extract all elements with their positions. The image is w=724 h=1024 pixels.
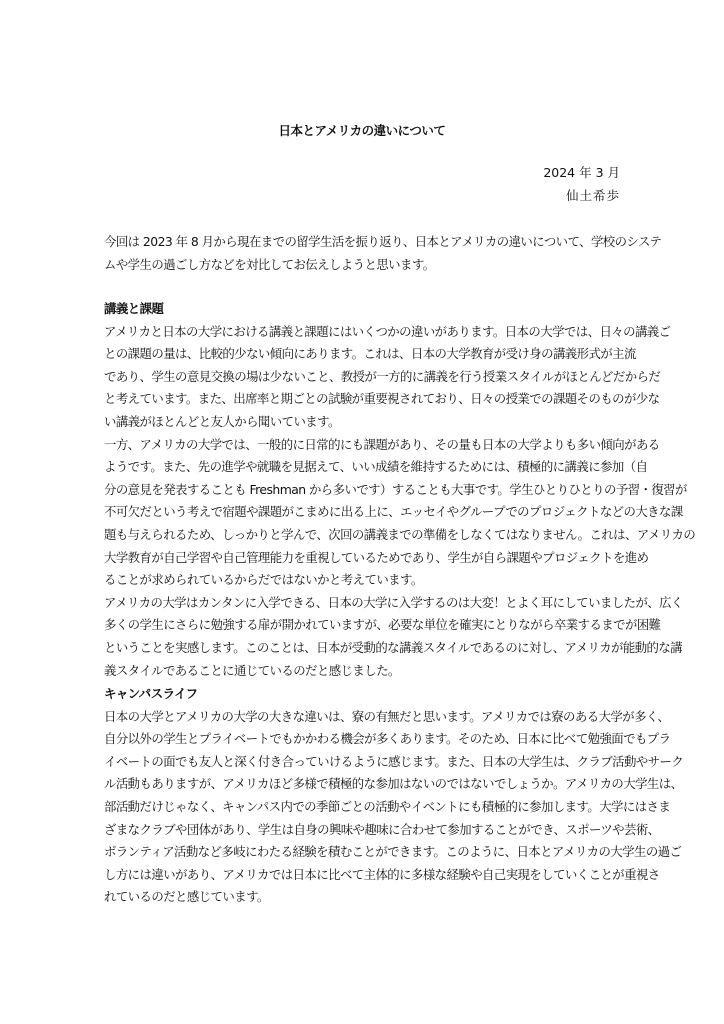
paragraph-line: 義スタイルであることに通じているのだと感じました。 <box>104 660 624 683</box>
paragraph-line: 題も与えられるため、しっかりと学んで、次回の講義までの準備をしなくてはなりません… <box>104 524 624 547</box>
paragraph-line: ということを実感します。このことは、日本が受動的な講義スタイルであるのに対し、ア… <box>104 637 624 660</box>
paragraph-line: との課題の量は、比較的少ない傾向にあります。これは、日本の大学教育が受け身の講義… <box>104 343 624 366</box>
document-author: 仙土希歩 <box>566 187 620 205</box>
document-title: 日本とアメリカの違いについて <box>0 122 724 140</box>
document-page: 日本とアメリカの違いについて 2024 年 3 月 仙土希歩 今回は 2023 … <box>0 0 724 1024</box>
paragraph-line: であり、学生の意見交換の場は少ないこと、教授が一方的に講義を行う授業スタイルがほ… <box>104 366 624 389</box>
paragraph-line: ル活動もありますが、アメリカほど多様で積極的な参加はないのではないでしょうか。ア… <box>104 773 624 796</box>
section-heading: 講義と課題 <box>104 298 624 321</box>
section-campus-life: キャンパスライフ 日本の大学とアメリカの大学の大きな違いは、寮の有無だと思います… <box>104 683 624 909</box>
intro-line: 今回は 2023 年 8 月から現在までの留学生活を振り返り、日本とアメリカの違… <box>104 231 624 254</box>
document-date: 2024 年 3 月 <box>543 164 620 182</box>
paragraph-line: 大学教育が自己学習や自己管理能力を重視しているためであり、学生が自ら課題やプロジ… <box>104 547 624 570</box>
paragraph-line: い講義がほとんどと友人から聞いています。 <box>104 411 624 434</box>
paragraph-line: ようです。また、先の進学や就職を見据えて、いい成績を維持するためには、積極的に講… <box>104 456 624 479</box>
paragraph-line: 日本の大学とアメリカの大学の大きな違いは、寮の有無だと思います。アメリカでは寮の… <box>104 706 624 729</box>
paragraph-line: 一方、アメリカの大学では、一般的に日常的にも課題があり、その量も日本の大学よりも… <box>104 434 624 457</box>
paragraph-line: ざまなクラブや団体があり、学生は自身の興味や趣味に合わせて参加することができ、ス… <box>104 819 624 842</box>
paragraph-line: ボランティア活動など多岐にわたる経験を積むことができます。このように、日本とアメ… <box>104 841 624 864</box>
paragraph-line: 不可欠だという考えで宿題や課題がこまめに出る上に、エッセイやグループでのプロジェ… <box>104 501 624 524</box>
paragraph-line: アメリカと日本の大学における講義と課題にはいくつかの違いがあります。日本の大学で… <box>104 321 624 344</box>
paragraph-line: と考えています。また、出席率と期ごとの試験が重要視されており、日々の授業での課題… <box>104 388 624 411</box>
paragraph-line: アメリカの大学はカンタンに入学できる、日本の大学に入学するのは大変！とよく耳にし… <box>104 592 624 615</box>
paragraph-line: 自分以外の学生とプライベートでもかかわる機会が多くあります。そのため、日本に比べ… <box>104 728 624 751</box>
section-lectures-assignments: 講義と課題 アメリカと日本の大学における講義と課題にはいくつかの違いがあります。… <box>104 298 624 682</box>
paragraph-line: 部活動だけじゃなく、キャンパス内での季節ごとの活動やイベントにも積極的に参加しま… <box>104 796 624 819</box>
paragraph-line: 分の意見を発表することも Freshman から多いです）することも大事です。学… <box>104 479 624 502</box>
paragraph-line: イベートの面でも友人と深く付き合っていけるように感じます。また、日本の大学生は、… <box>104 751 624 774</box>
paragraph-line: 多くの学生にさらに勉強する扉が開かれていますが、必要な単位を確実にとりながら卒業… <box>104 614 624 637</box>
section-heading: キャンパスライフ <box>104 683 624 706</box>
intro-line: ムや学生の過ごし方などを対比してお伝えしようと思います。 <box>104 254 624 277</box>
intro-paragraph: 今回は 2023 年 8 月から現在までの留学生活を振り返り、日本とアメリカの違… <box>104 231 624 276</box>
paragraph-line: し方には違いがあり、アメリカでは日本に比べて主体的に多様な経験や自己実現をしてい… <box>104 864 624 887</box>
paragraph-line: れているのだと感じています。 <box>104 886 624 909</box>
paragraph-line: ることが求められているからだではないかと考えています。 <box>104 569 624 592</box>
